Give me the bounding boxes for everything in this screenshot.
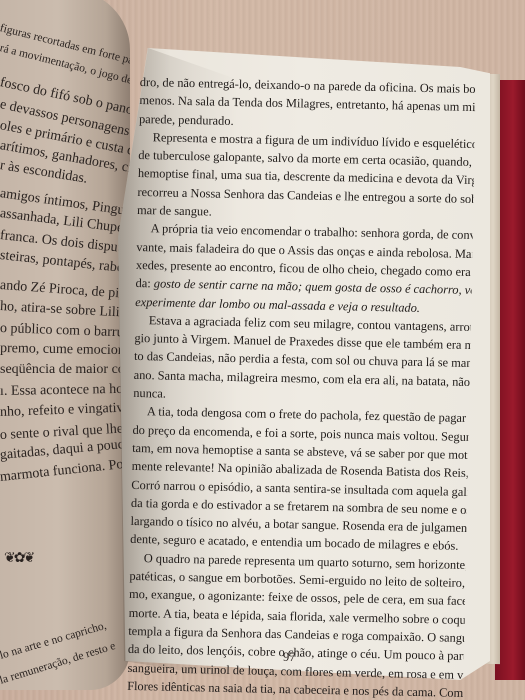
left-page: figuras recortadas em forte papelrá a mo… bbox=[0, 0, 130, 690]
left-page-line: nho, refeito e vingativo, de bbox=[0, 400, 130, 421]
ornament-icon: ❦✿❦ bbox=[4, 550, 33, 567]
page-number: 97 bbox=[283, 650, 296, 665]
left-page-line: ho, atira-se sobre Lili Chupeta bbox=[0, 299, 130, 324]
left-page-line: o público com o barrunchos bbox=[0, 321, 130, 342]
left-page-line: ı. Essa acontece na hora bbox=[0, 382, 130, 400]
text-roman: da: bbox=[135, 276, 154, 290]
right-page-text: dro, de não entregá-lo, deixando-o na pa… bbox=[127, 73, 476, 700]
left-page-line: premo, cume emocional da bbox=[0, 341, 130, 360]
left-page-line: seqüência de maior comicidade bbox=[0, 362, 130, 378]
